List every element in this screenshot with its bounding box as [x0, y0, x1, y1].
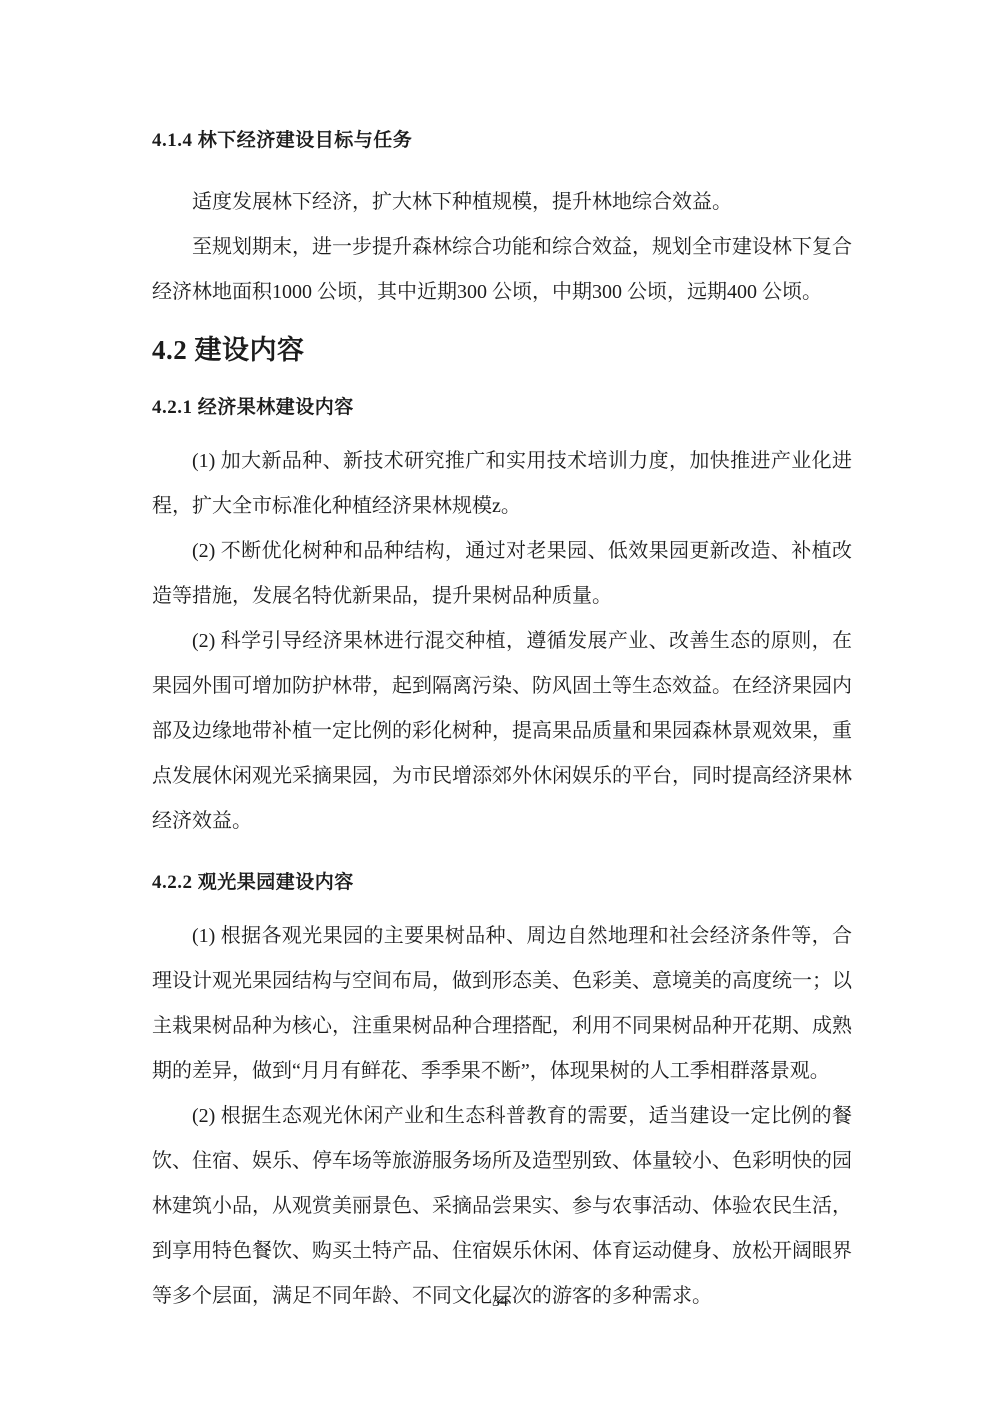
- paragraph-422-1: (1) 根据各观光果园的主要果树品种、周边自然地理和社会经济条件等，合理设计观光…: [152, 914, 852, 1094]
- paragraph-421-3: (2) 科学引导经济果林进行混交种植，遵循发展产业、改善生态的原则，在果园外围可…: [152, 619, 852, 844]
- paragraph-421-2: (2) 不断优化树种和品种结构，通过对老果园、低效果园更新改造、补植改造等措施，…: [152, 529, 852, 619]
- paragraph-421-1: (1) 加大新品种、新技术研究推广和实用技术培训力度，加快推进产业化进程，扩大全…: [152, 439, 852, 529]
- heading-4-1-4: 4.1.4 林下经济建设目标与任务: [152, 128, 852, 154]
- document-page: 4.1.4 林下经济建设目标与任务 适度发展林下经济，扩大林下种植规模，提升林地…: [0, 0, 1000, 1414]
- page-number: 34: [0, 1292, 1000, 1312]
- paragraph-422-2: (2) 根据生态观光休闲产业和生态科普教育的需要，适当建设一定比例的餐饮、住宿、…: [152, 1094, 852, 1319]
- paragraph-414-1: 适度发展林下经济，扩大林下种植规模，提升林地综合效益。: [152, 180, 852, 225]
- heading-4-2: 4.2 建设内容: [152, 331, 852, 369]
- heading-4-2-1: 4.2.1 经济果林建设内容: [152, 395, 852, 421]
- paragraph-414-2: 至规划期末，进一步提升森林综合功能和综合效益，规划全市建设林下复合经济林地面积1…: [152, 225, 852, 315]
- heading-4-2-2: 4.2.2 观光果园建设内容: [152, 870, 852, 896]
